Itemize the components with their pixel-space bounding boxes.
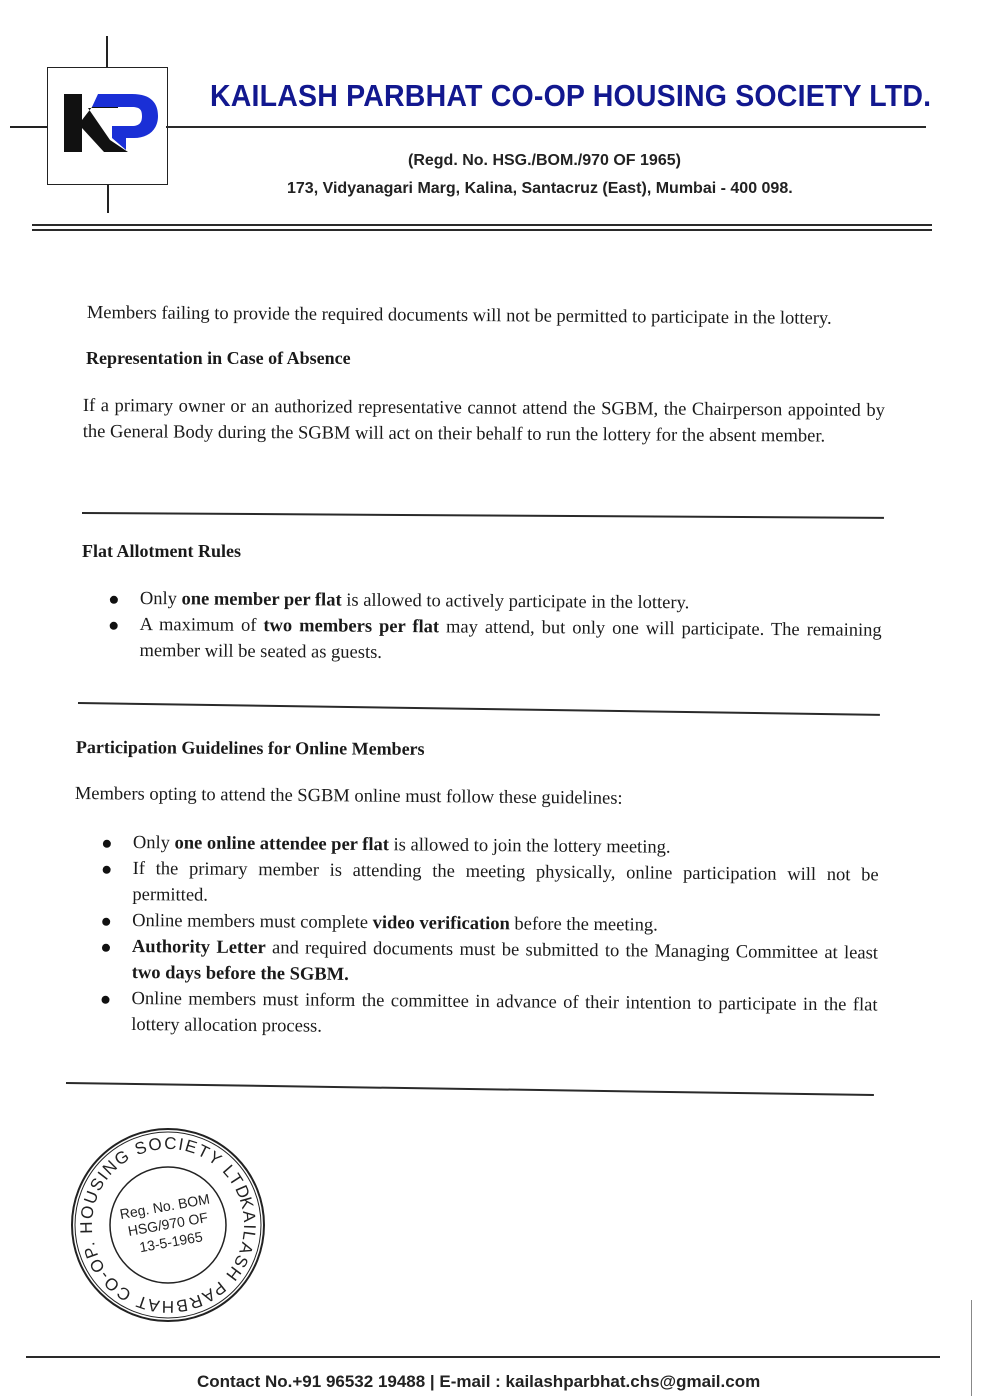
online-heading: Participation Guidelines for Online Memb… (76, 737, 425, 760)
logo-crosshair-left (10, 126, 48, 128)
bullet-icon (103, 866, 111, 874)
header-rule-double-top (32, 224, 932, 226)
list-item: Authority Letter and required documents … (132, 934, 878, 993)
bullet-icon (101, 996, 109, 1004)
absence-heading: Representation in Case of Absence (86, 348, 351, 369)
online-intro: Members opting to attend the SGBM online… (75, 781, 775, 813)
footer-contact: Contact No.+91 96532 19488 | E-mail : ka… (197, 1372, 760, 1392)
bullet-icon (103, 840, 111, 848)
header-rule-double-bottom (32, 229, 932, 231)
bullet-icon (102, 944, 110, 952)
logo-crosshair-bottom (107, 183, 109, 213)
absence-paragraph: If a primary owner or an authorized repr… (83, 393, 885, 450)
logo (47, 67, 168, 185)
address: 173, Vidyanagari Marg, Kalina, Santacruz… (287, 180, 793, 198)
list-item: Online members must inform the committee… (131, 986, 877, 1045)
bullet-icon (110, 622, 118, 630)
bullet-icon (102, 918, 110, 926)
footer-rule (26, 1356, 940, 1358)
allotment-rules-list: Only one member per flat is allowed to a… (139, 586, 882, 670)
intro-paragraph: Members failing to provide the required … (87, 300, 887, 332)
registration-number: (Regd. No. HSG./BOM./970 OF 1965) (408, 152, 681, 170)
bullet-icon (110, 596, 118, 604)
section-divider-2 (78, 702, 880, 715)
section-divider-1 (82, 512, 884, 518)
list-item: A maximum of two members per flat may at… (139, 612, 881, 670)
seal-icon: KAILASH PARBHAT CO-OP. HOUSING SOCIETY L… (68, 1125, 268, 1325)
online-guidelines-list: Only one online attendee per flat is all… (131, 830, 879, 1045)
section-divider-3 (66, 1082, 874, 1095)
organization-name: KAILASH PARBHAT CO-OP HOUSING SOCIETY LT… (210, 78, 931, 114)
logo-crosshair-top (106, 36, 108, 68)
list-item: If the primary member is attending the m… (132, 856, 878, 915)
society-seal-stamp: KAILASH PARBHAT CO-OP. HOUSING SOCIETY L… (68, 1125, 268, 1325)
kp-logo-icon (48, 68, 167, 184)
page-edge-mark (971, 1300, 972, 1396)
header-rule-thin (166, 126, 926, 128)
allotment-heading: Flat Allotment Rules (82, 541, 241, 562)
